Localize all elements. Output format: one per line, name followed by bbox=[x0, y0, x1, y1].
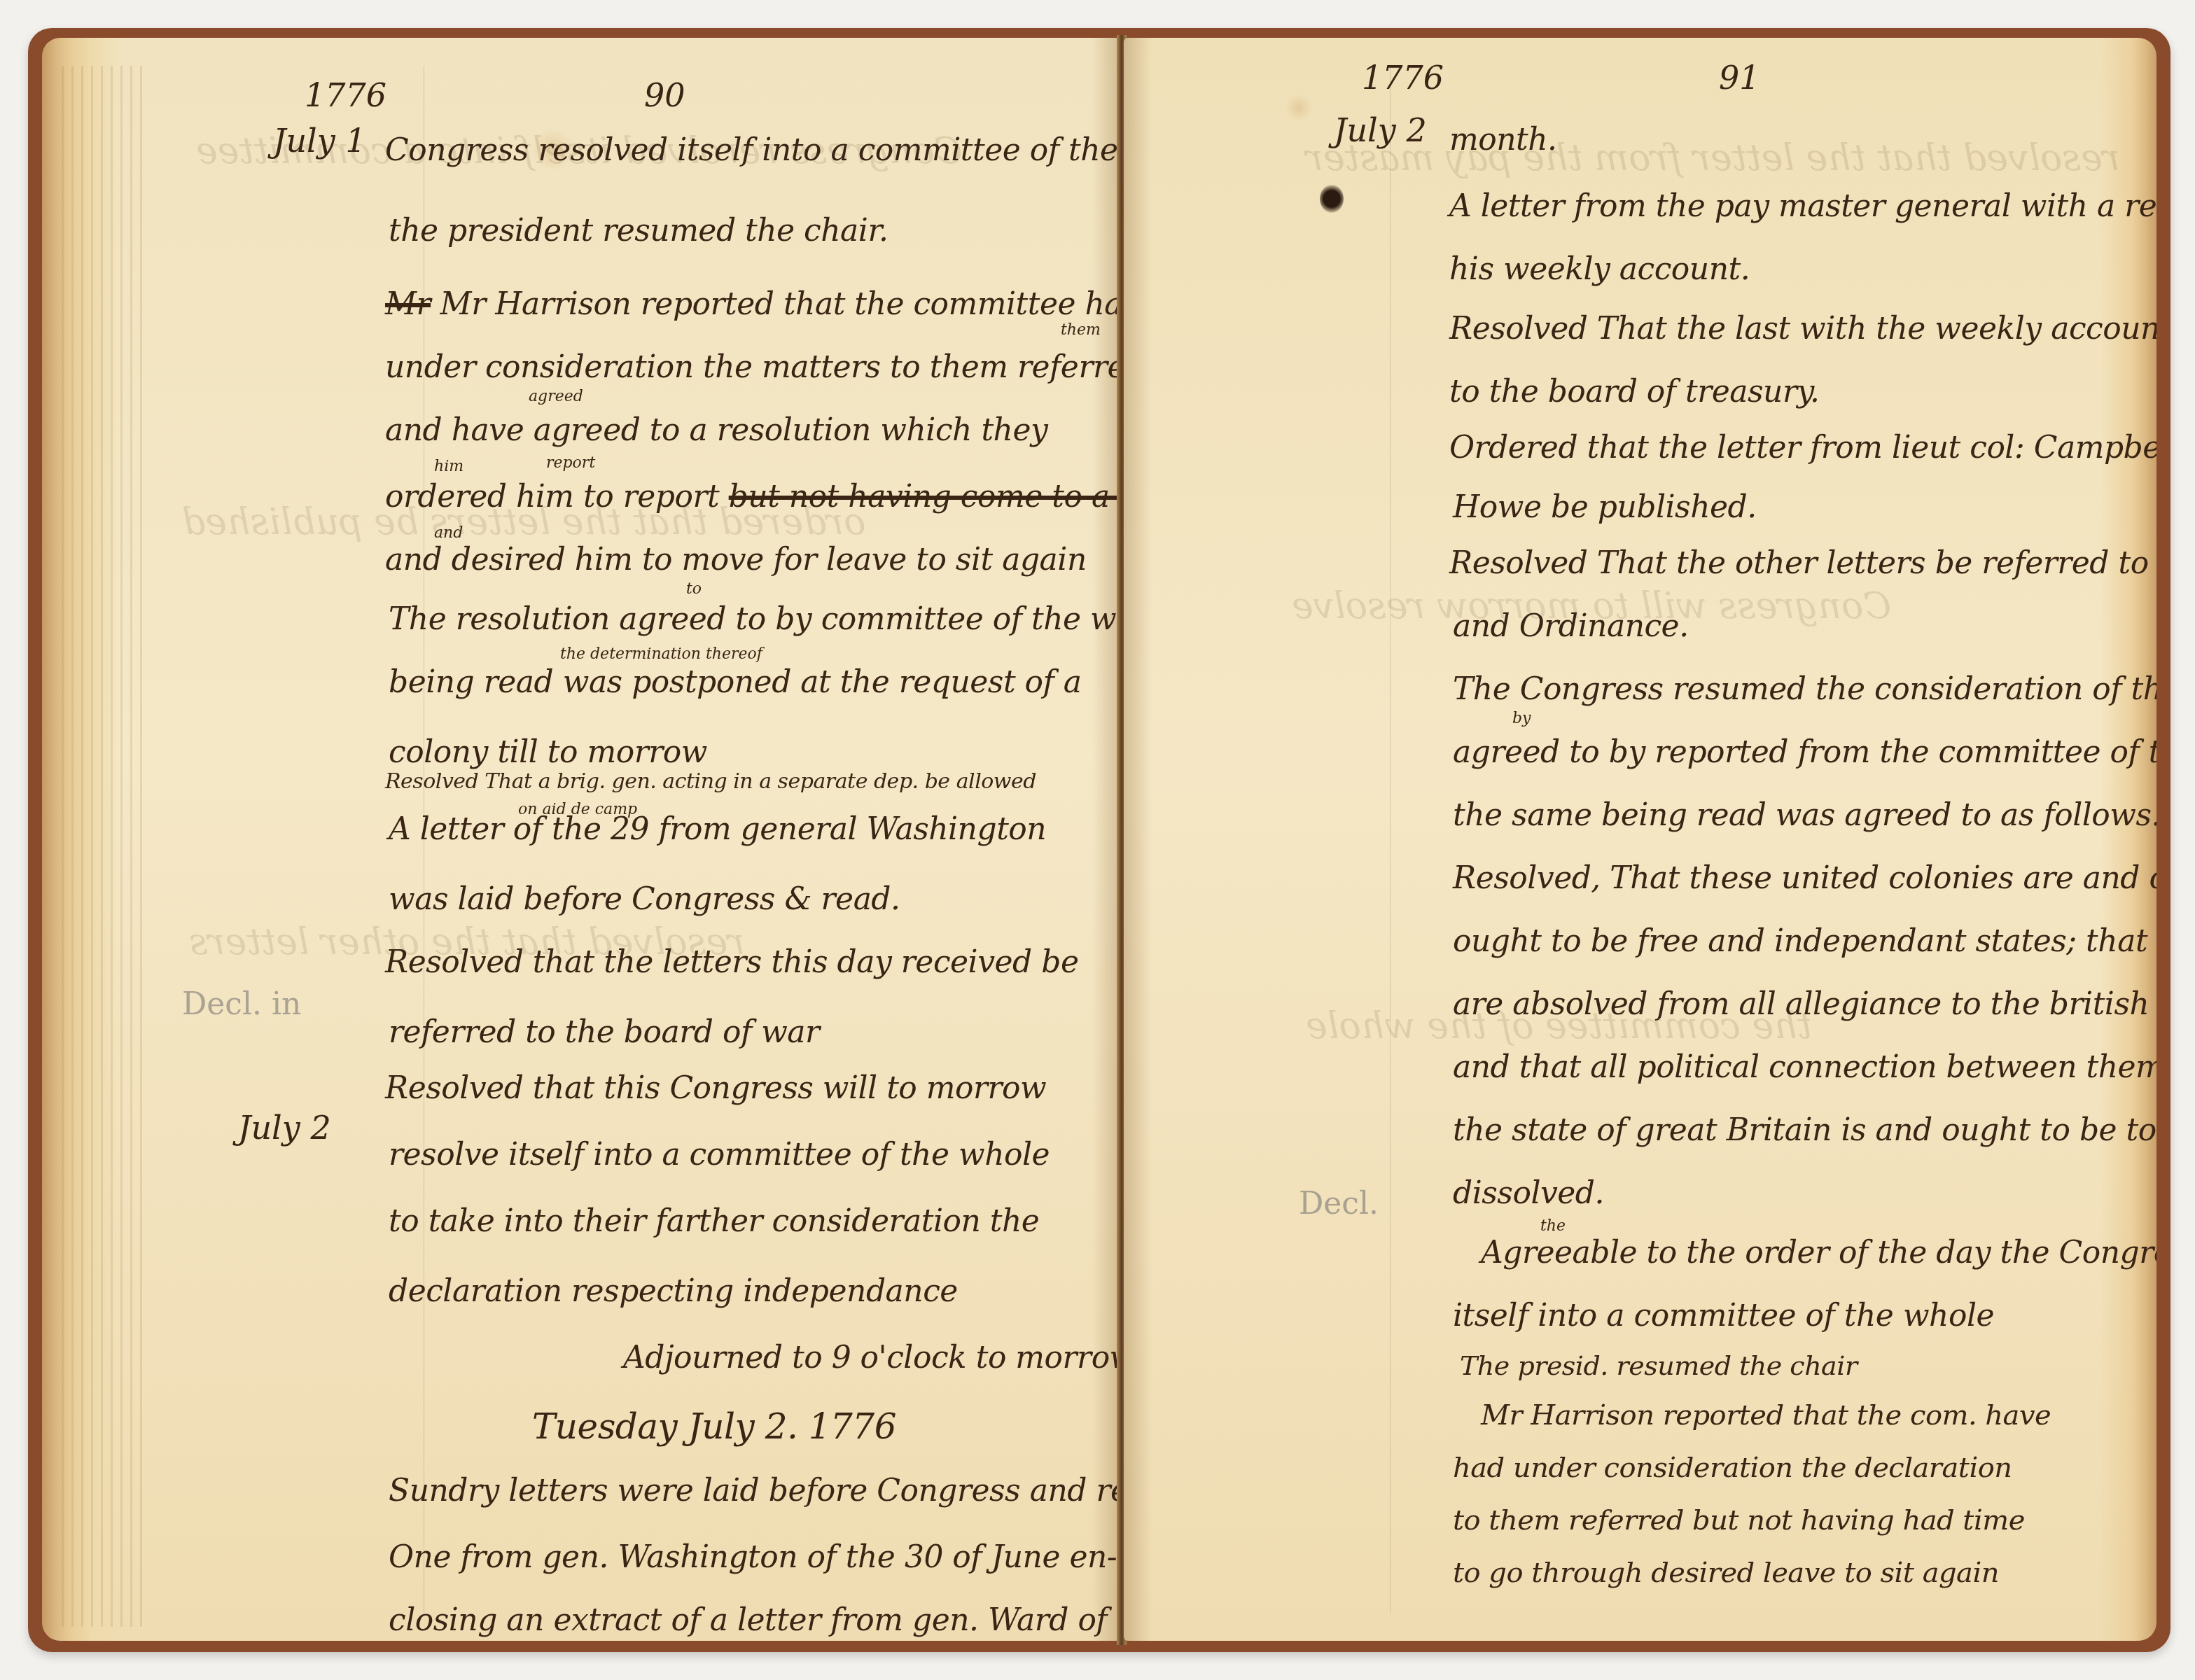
text-line: to take into their farther consideration… bbox=[389, 1203, 1039, 1239]
resolution-line: Resolved, That these united colonies are… bbox=[1453, 860, 2156, 896]
date-heading: Tuesday July 2. 1776 bbox=[532, 1406, 896, 1447]
margin-rule bbox=[1390, 66, 1391, 1613]
text-line: to go through desired leave to sit again bbox=[1453, 1557, 1999, 1589]
right-page: resolved that the letter from the pay ma… bbox=[1124, 38, 2156, 1641]
ink-blot bbox=[1320, 185, 1344, 213]
text-line: A letter of the 29 from general Washingt… bbox=[389, 811, 1046, 847]
text-line: closing an extract of a letter from gen.… bbox=[389, 1602, 1120, 1638]
page-number: 90 bbox=[644, 76, 685, 114]
text-line: the same being read was agreed to as fol… bbox=[1453, 797, 2156, 833]
text-line: had under consideration the declaration bbox=[1453, 1452, 2012, 1484]
margin-date: July 2 bbox=[238, 1109, 331, 1147]
paper-stain bbox=[1285, 94, 1313, 122]
interlinear-insert: the bbox=[1540, 1217, 1566, 1235]
text-line: the president resumed the chair. bbox=[389, 213, 889, 248]
text-line: Mr Mr Harrison reported that the committ… bbox=[385, 286, 1120, 322]
text-line: agreed to by reported from the committee… bbox=[1453, 734, 2156, 770]
text-line: resolve itself into a committee of the w… bbox=[389, 1137, 1050, 1172]
page-edges bbox=[62, 66, 146, 1627]
text-line: being read was postponed at the request … bbox=[389, 664, 1082, 700]
open-book: Congress rerolved itself into a committe… bbox=[28, 28, 2170, 1652]
text-line: his weekly account. bbox=[1449, 251, 1750, 287]
text-line: Mr Harrison reported that the com. have bbox=[1481, 1399, 2051, 1431]
text-line: Resolved That the other letters be refer… bbox=[1449, 545, 2156, 581]
text-line-insert: Resolved That a brig. gen. acting in a s… bbox=[385, 769, 1036, 794]
text-line: declaration respecting independance bbox=[389, 1273, 958, 1309]
text-line: Resolved that the letters this day recei… bbox=[385, 944, 1078, 980]
resolution-line: are absolved from all allegiance to the … bbox=[1453, 986, 2156, 1022]
interlinear-insert: them bbox=[1061, 321, 1101, 339]
text-line: referred to the board of war bbox=[389, 1014, 820, 1050]
text-line: colony till to morrow bbox=[389, 734, 707, 770]
text-line: and desired him to move for leave to sit… bbox=[385, 542, 1087, 577]
pencil-note: Decl. in bbox=[182, 986, 301, 1022]
text-line: month. bbox=[1449, 122, 1557, 157]
interlinear-insert: report bbox=[546, 454, 595, 472]
adjournment-line: Adjourned to 9 o'clock to morrow. bbox=[623, 1340, 1120, 1375]
text-line: The presid. resumed the chair bbox=[1460, 1350, 1858, 1381]
text-line: was laid before Congress & read. bbox=[389, 881, 900, 917]
text-line: The Congress resumed the consideration o… bbox=[1453, 671, 2156, 707]
resolution-line: ought to be free and independant states;… bbox=[1453, 923, 2156, 959]
text-line: ordered him to report but not having com… bbox=[385, 479, 1120, 514]
text-line: Ordered that the letter from lieut col: … bbox=[1449, 430, 2156, 465]
interlinear-insert: by bbox=[1512, 710, 1531, 727]
left-page: Congress rerolved itself into a committe… bbox=[42, 38, 1120, 1641]
interlinear-insert: and bbox=[434, 524, 463, 542]
resolution-line: dissolved. bbox=[1453, 1175, 1604, 1211]
resolution-line: the state of great Britain is and ought … bbox=[1453, 1112, 2156, 1148]
struck-text: but not having come to a con bbox=[729, 479, 1120, 514]
text-line: to them referred but not having had time bbox=[1453, 1504, 2025, 1536]
text-line: Agreeable to the order of the day the Co… bbox=[1481, 1235, 2156, 1270]
text-line: and Ordinance. bbox=[1453, 608, 1689, 644]
text-line: Resolved That the last with the weekly a… bbox=[1449, 311, 2156, 346]
pencil-note: Decl. bbox=[1299, 1186, 1379, 1221]
year-header: 1776 bbox=[305, 76, 386, 114]
text-line: Congress resolved itself into a committe… bbox=[385, 132, 1120, 168]
interlinear-insert: him bbox=[434, 458, 464, 475]
text-line: itself into a committee of the whole bbox=[1453, 1298, 1994, 1333]
text-line: Howe be published. bbox=[1453, 489, 1757, 525]
year-header: 1776 bbox=[1362, 59, 1444, 97]
text-line: The resolution agreed to by committee of… bbox=[389, 601, 1120, 637]
struck-text: Mr bbox=[385, 286, 431, 322]
text-line: and have agreed to a resolution which th… bbox=[385, 412, 1047, 448]
text-line: Resolved that this Congress will to morr… bbox=[385, 1070, 1046, 1106]
text-line: Sundry letters were laid before Congress… bbox=[389, 1473, 1120, 1508]
interlinear-insert: to bbox=[686, 580, 702, 598]
interlinear-insert: agreed bbox=[529, 388, 583, 405]
resolution-line: and that all political connection betwee… bbox=[1453, 1049, 2156, 1085]
interlinear-insert: the determination thereof bbox=[560, 645, 762, 663]
text-line: A letter from the pay master general wit… bbox=[1449, 188, 2156, 224]
bleed-through-text: resolved that the letter from the pay ma… bbox=[1306, 122, 2120, 195]
text-line: to the board of treasury. bbox=[1449, 374, 1819, 409]
page-number: 91 bbox=[1719, 59, 1760, 97]
margin-date: July 2 bbox=[1334, 111, 1427, 149]
margin-date: July 1 bbox=[273, 122, 366, 160]
text-line: One from gen. Washington of the 30 of Ju… bbox=[389, 1539, 1117, 1575]
text-line: under consideration the matters to them … bbox=[385, 349, 1120, 385]
